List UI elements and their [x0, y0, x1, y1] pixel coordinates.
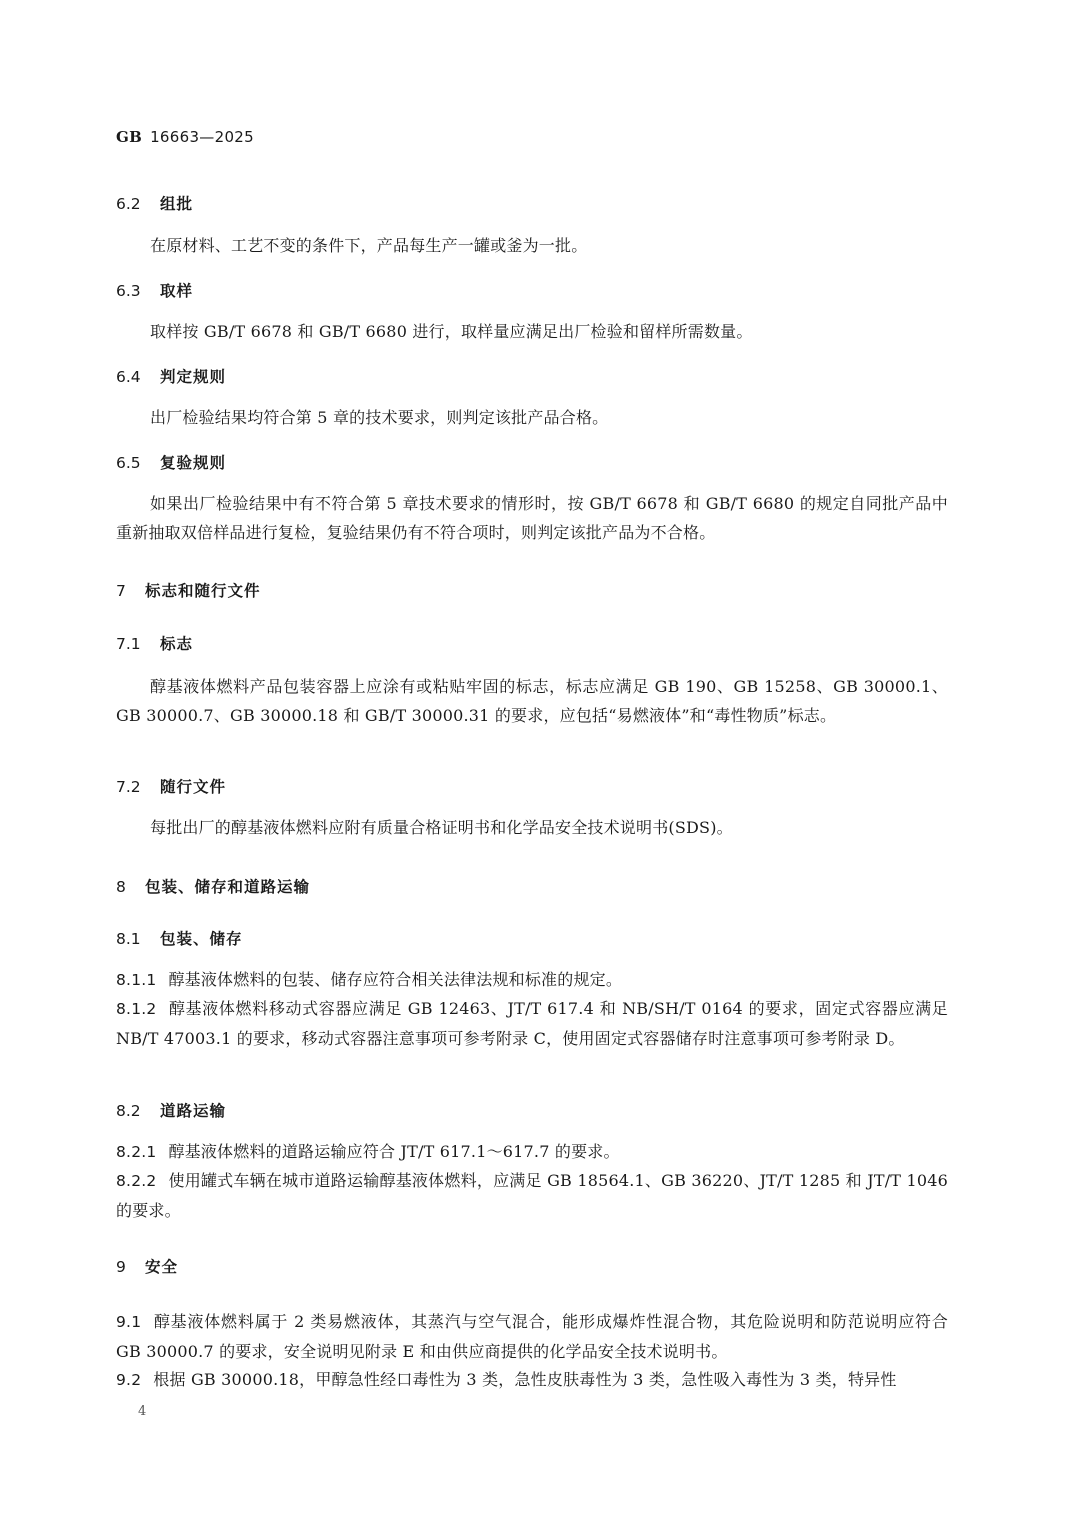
paragraph-6-3: 取样按 GB/T 6678 和 GB/T 6680 进行，取样量应满足出厂检验和…	[116, 317, 948, 346]
paragraph-7-2: 每批出厂的醇基液体燃料应附有质量合格证明书和化学品安全技术说明书(SDS)。	[116, 813, 948, 842]
clause-number: 8.1	[116, 930, 160, 948]
chapter-title: 标志和随行文件	[145, 582, 261, 600]
heading-8-2: 8.2道路运输	[116, 1099, 226, 1121]
standard-number: 16663—2025	[150, 128, 254, 146]
heading-6-3: 6.3取样	[116, 279, 193, 301]
chapter-number: 7	[116, 582, 145, 600]
clause-number: 6.3	[116, 282, 160, 300]
paragraph-9-2: 9.2根据 GB 30000.18，甲醇急性经口毒性为 3 类，急性皮肤毒性为 …	[116, 1365, 948, 1395]
clause-text: 根据 GB 30000.18，甲醇急性经口毒性为 3 类，急性皮肤毒性为 3 类…	[153, 1370, 896, 1389]
clause-title: 标志	[160, 635, 193, 653]
heading-6-2: 6.2组批	[116, 192, 193, 214]
heading-6-4: 6.4判定规则	[116, 365, 226, 387]
paragraph-6-4: 出厂检验结果均符合第 5 章的技术要求，则判定该批产品合格。	[116, 403, 948, 432]
clause-number: 6.5	[116, 454, 160, 472]
clause-title: 包装、储存	[160, 930, 243, 948]
chapter-number: 8	[116, 878, 145, 896]
clause-number: 6.2	[116, 195, 160, 213]
chapter-number: 9	[116, 1258, 145, 1276]
paragraph-8-2-2: 8.2.2使用罐式车辆在城市道路运输醇基液体燃料，应满足 GB 18564.1、…	[116, 1166, 948, 1225]
paragraph-7-1: 醇基液体燃料产品包装容器上应涂有或粘贴牢固的标志，标志应满足 GB 190、GB…	[116, 672, 948, 730]
clause-title: 复验规则	[160, 454, 226, 472]
heading-6-5: 6.5复验规则	[116, 451, 226, 473]
standard-code-header: GB16663—2025	[116, 128, 254, 146]
heading-8-1: 8.1包装、储存	[116, 927, 243, 949]
clause-title: 随行文件	[160, 778, 226, 796]
chapter-title: 包装、储存和道路运输	[145, 878, 310, 896]
clause-number: 8.2	[116, 1102, 160, 1120]
page-number: 4	[138, 1404, 146, 1419]
clause-title: 取样	[160, 282, 193, 300]
chapter-title: 安全	[145, 1258, 178, 1276]
clause-number: 8.2.2	[116, 1167, 156, 1196]
paragraph-6-5: 如果出厂检验结果中有不符合第 5 章技术要求的情形时，按 GB/T 6678 和…	[116, 489, 948, 547]
heading-9: 9安全	[116, 1255, 178, 1277]
paragraph-8-1-1: 8.1.1醇基液体燃料的包装、储存应符合相关法律法规和标准的规定。	[116, 965, 948, 995]
clause-text: 醇基液体燃料移动式容器应满足 GB 12463、JT/T 617.4 和 NB/…	[116, 999, 948, 1048]
clause-number: 8.1.2	[116, 995, 156, 1024]
clause-text: 醇基液体燃料的道路运输应符合 JT/T 617.1～617.7 的要求。	[168, 1142, 619, 1161]
clause-number: 7.2	[116, 778, 160, 796]
clause-title: 组批	[160, 195, 193, 213]
clause-number: 9.2	[116, 1366, 141, 1395]
clause-text: 醇基液体燃料的包装、储存应符合相关法律法规和标准的规定。	[168, 970, 622, 989]
clause-number: 7.1	[116, 635, 160, 653]
paragraph-6-2: 在原材料、工艺不变的条件下，产品每生产一罐或釜为一批。	[116, 231, 948, 260]
document-page: GB16663—2025 6.2组批 在原材料、工艺不变的条件下，产品每生产一罐…	[0, 0, 1074, 1520]
paragraph-9-1: 9.1醇基液体燃料属于 2 类易燃液体，其蒸汽与空气混合，能形成爆炸性混合物，其…	[116, 1307, 948, 1366]
clause-title: 道路运输	[160, 1102, 226, 1120]
paragraph-8-1-2: 8.1.2醇基液体燃料移动式容器应满足 GB 12463、JT/T 617.4 …	[116, 994, 948, 1053]
clause-text: 醇基液体燃料属于 2 类易燃液体，其蒸汽与空气混合，能形成爆炸性混合物，其危险说…	[116, 1312, 948, 1361]
heading-7: 7标志和随行文件	[116, 579, 261, 601]
clause-number: 6.4	[116, 368, 160, 386]
paragraph-8-2-1: 8.2.1醇基液体燃料的道路运输应符合 JT/T 617.1～617.7 的要求…	[116, 1137, 948, 1167]
standard-prefix: GB	[116, 128, 142, 146]
clause-number: 8.2.1	[116, 1138, 156, 1167]
heading-7-1: 7.1标志	[116, 632, 193, 654]
heading-7-2: 7.2随行文件	[116, 775, 226, 797]
heading-8: 8包装、储存和道路运输	[116, 875, 310, 897]
clause-text: 使用罐式车辆在城市道路运输醇基液体燃料，应满足 GB 18564.1、GB 36…	[116, 1171, 948, 1220]
clause-number: 8.1.1	[116, 966, 156, 995]
clause-number: 9.1	[116, 1308, 141, 1337]
clause-title: 判定规则	[160, 368, 226, 386]
